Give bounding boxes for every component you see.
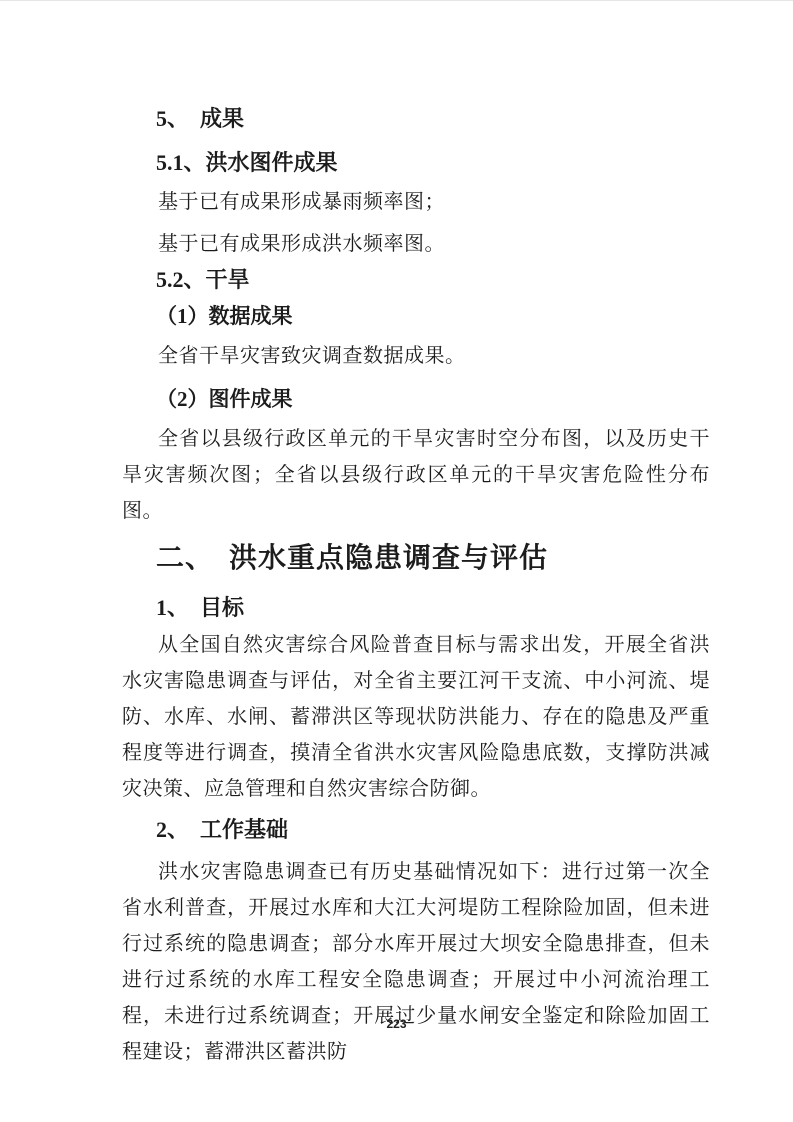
heading-part-2-flood-hazard-survey: 二、 洪水重点隐患调查与评估 <box>122 536 710 580</box>
heading-item-2-map-results: （2）图件成果 <box>122 381 710 417</box>
document-body: 5、 成果 5.1、洪水图件成果 基于已有成果形成暴雨频率图； 基于已有成果形成… <box>122 1 710 1070</box>
paragraph-drought-survey-data: 全省干旱灾害致灾调查数据成果。 <box>122 338 710 374</box>
paragraph-rainstorm-frequency-map: 基于已有成果形成暴雨频率图； <box>122 184 710 220</box>
paragraph-flood-frequency-map: 基于已有成果形成洪水频率图。 <box>122 226 710 262</box>
page-number: 223 <box>0 1017 793 1031</box>
heading-item-1-data-results: （1）数据成果 <box>122 298 710 334</box>
heading-5-2-drought: 5.2、干旱 <box>122 262 710 298</box>
paragraph-work-basis-body: 洪水灾害隐患调查已有历史基础情况如下：进行过第一次全省水利普查，开展过水库和大江… <box>122 854 710 1070</box>
heading-5-1-flood-map-results: 5.1、洪水图件成果 <box>122 145 710 181</box>
heading-1-objectives: 1、 目标 <box>122 590 710 626</box>
heading-2-work-basis: 2、 工作基础 <box>122 812 710 848</box>
document-page: 5、 成果 5.1、洪水图件成果 基于已有成果形成暴雨频率图； 基于已有成果形成… <box>0 0 793 1122</box>
paragraph-drought-distribution-maps: 全省以县级行政区单元的干旱灾害时空分布图，以及历史干旱灾害频次图；全省以县级行政… <box>122 421 710 529</box>
paragraph-objectives-body: 从全国自然灾害综合风险普查目标与需求出发，开展全省洪水灾害隐患调查与评估，对全省… <box>122 627 710 807</box>
heading-section-5-results: 5、 成果 <box>122 101 710 137</box>
